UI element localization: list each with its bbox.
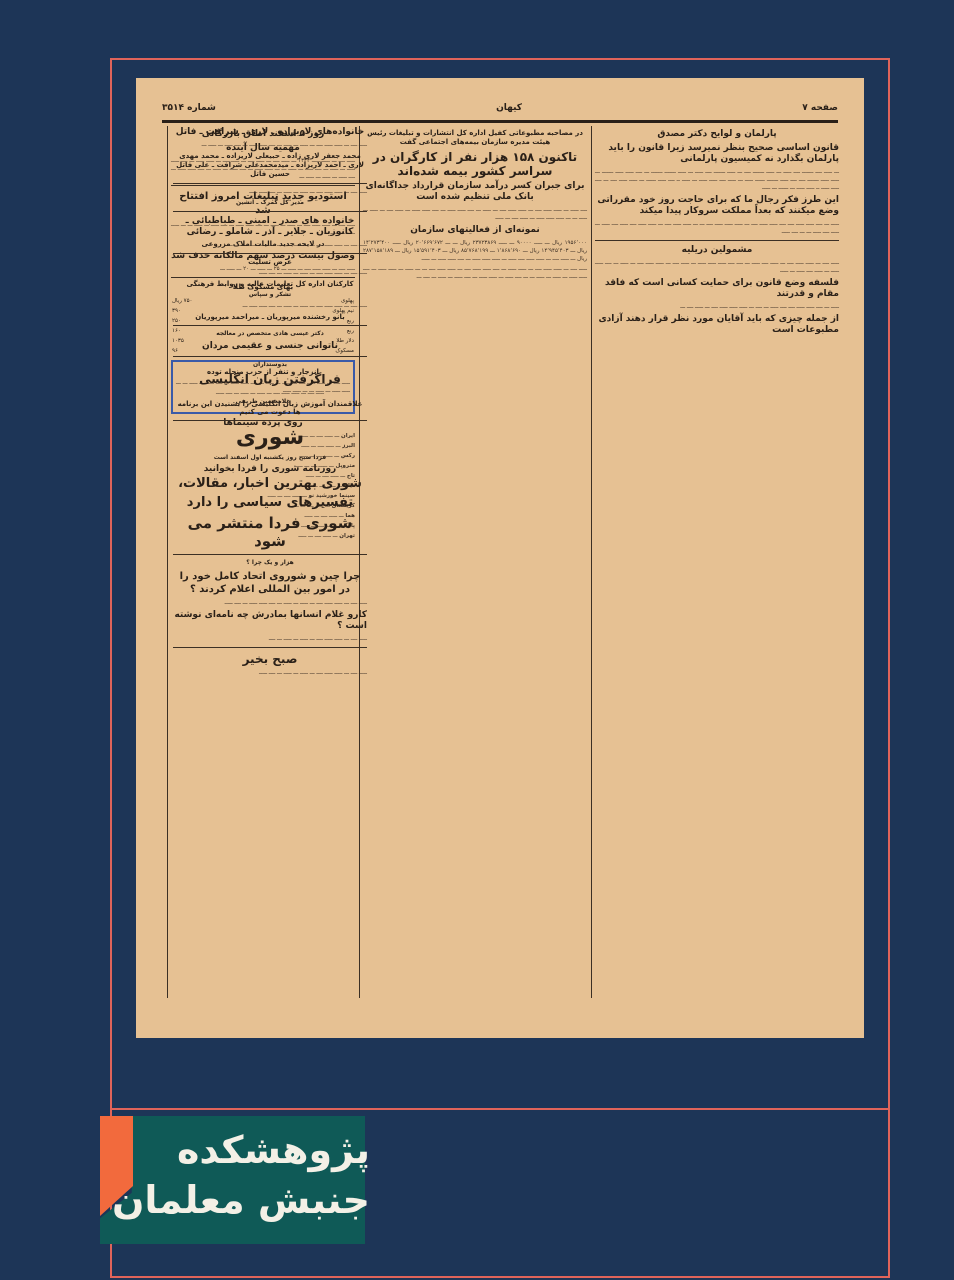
- article-body: ـــ ـــــ ــــ ـــــــ ــــ ـــــ ـــ ــ…: [595, 168, 839, 192]
- article-title: پارلمان و لوایح دکتر مصدق: [595, 129, 839, 140]
- column-parliament: پارلمان و لوایح دکتر مصدق قانون اساسی صح…: [592, 126, 842, 1008]
- doctor-intro: دکتر عیسی هادی متخصص در معالجه: [173, 330, 367, 338]
- bold-paragraph: این طرز فکر رجال ما که برای حاجت روز خود…: [595, 195, 839, 217]
- thanks-title: عرض تسلیت: [173, 258, 367, 266]
- gratitude-title: تشکر و سپاس: [173, 291, 367, 299]
- retired-title: مشمولین دریلیه: [595, 245, 839, 256]
- shoura-big2: تفسیرهای سیاسی را دارد: [173, 495, 367, 511]
- why-intro: هزار و یک چرا ؟: [173, 559, 367, 567]
- column-ads: خانواده‌های لاریزاده ـ لاری ـ شرافت ـ فا…: [170, 124, 370, 1104]
- headline-main: تاکنون ۱۵۸ هزار نفر از کارگران در سراسر …: [363, 150, 587, 178]
- english-title: فراگرفتن زبان انگلیسی: [173, 372, 367, 386]
- paper-name: کیهان: [496, 103, 522, 113]
- customs-signature: مدیر کل گمرک ـ آتشین: [173, 199, 367, 207]
- english-intro: بدوستداران: [173, 361, 367, 369]
- sobh-title: صبح بخیر: [173, 652, 367, 666]
- badge-line2: جنبش معلمان: [112, 1178, 370, 1222]
- condolence-title: خانواده های صدر ـ امینی ـ طباطبائی ـ کان…: [173, 216, 367, 238]
- masthead-rule: [162, 120, 838, 123]
- column-insurance: در مصاحبه مطبوعاتی کفیل اداره کل انتشارا…: [360, 126, 590, 1008]
- page-number: صفحه ۷: [802, 103, 838, 113]
- press-paragraph: از جمله چیزی که باید آقایان مورد نظر قرا…: [595, 314, 839, 336]
- masthead: صفحه ۷ کیهان شماره ۳۵۱۴: [162, 100, 838, 116]
- frame-divider: [110, 1108, 890, 1110]
- doctor-title: ناتوانی جنسی و عقیمی مردان: [173, 341, 367, 352]
- signers: بانو رخشنده میرپوریان ـ میراحمد میرپوریا…: [173, 313, 367, 321]
- activities-title: نمونه‌ای از فعالیتهای سازمان: [363, 225, 587, 236]
- family-notice-names: محمد جعفر لاری زاده ـ حبیعلی لاریزاده ـ …: [173, 152, 367, 179]
- philosophy-paragraph: فلسفه وضع قانون برای حمایت کسانی است که …: [595, 278, 839, 300]
- staff-title: کارکنان اداره کل تعلیمات عالیه و روابط ف…: [173, 280, 367, 288]
- article-subtitle: قانون اساسی صحیح بنظر نمیرسد زیرا قانون …: [595, 143, 839, 165]
- english-cta: علاقمندان آموزش زبان انگلیسی را بشنیدن ا…: [173, 400, 367, 416]
- institute-logo-badge: پژوهشکده جنبش معلمان: [100, 1116, 410, 1244]
- shoura-big1: شوری بهترین اخبار، مقالات،: [173, 476, 367, 492]
- badge-line1: پژوهشکده: [177, 1128, 370, 1172]
- why-title: چرا چین و شوروی اتحاد کامل خود را در امو…: [173, 570, 367, 596]
- shoura-big3: شوری فردا منتشر می شود: [173, 514, 367, 550]
- issue-number: شماره ۳۵۱۴: [162, 103, 216, 113]
- family-notice-title: خانواده‌های لاریزاده ـ لاری ـ شرافت ـ فا…: [173, 127, 367, 138]
- headline-sub: برای جبران کسر درآمد سازمان قرارداد جداگ…: [363, 181, 587, 203]
- letter-title: کارو غلام انسانها بمادرش چه نامه‌ای نوشت…: [173, 610, 367, 632]
- shoura-line2: روزنامه شوری را فردا بخوانید: [173, 465, 367, 473]
- shoura-line1: فردا صبح روز یکشنبه اول اسفند است: [173, 454, 367, 462]
- headline-intro: در مصاحبه مطبوعاتی کفیل اداره کل انتشارا…: [363, 129, 587, 147]
- shoura-title: شوری: [173, 425, 367, 451]
